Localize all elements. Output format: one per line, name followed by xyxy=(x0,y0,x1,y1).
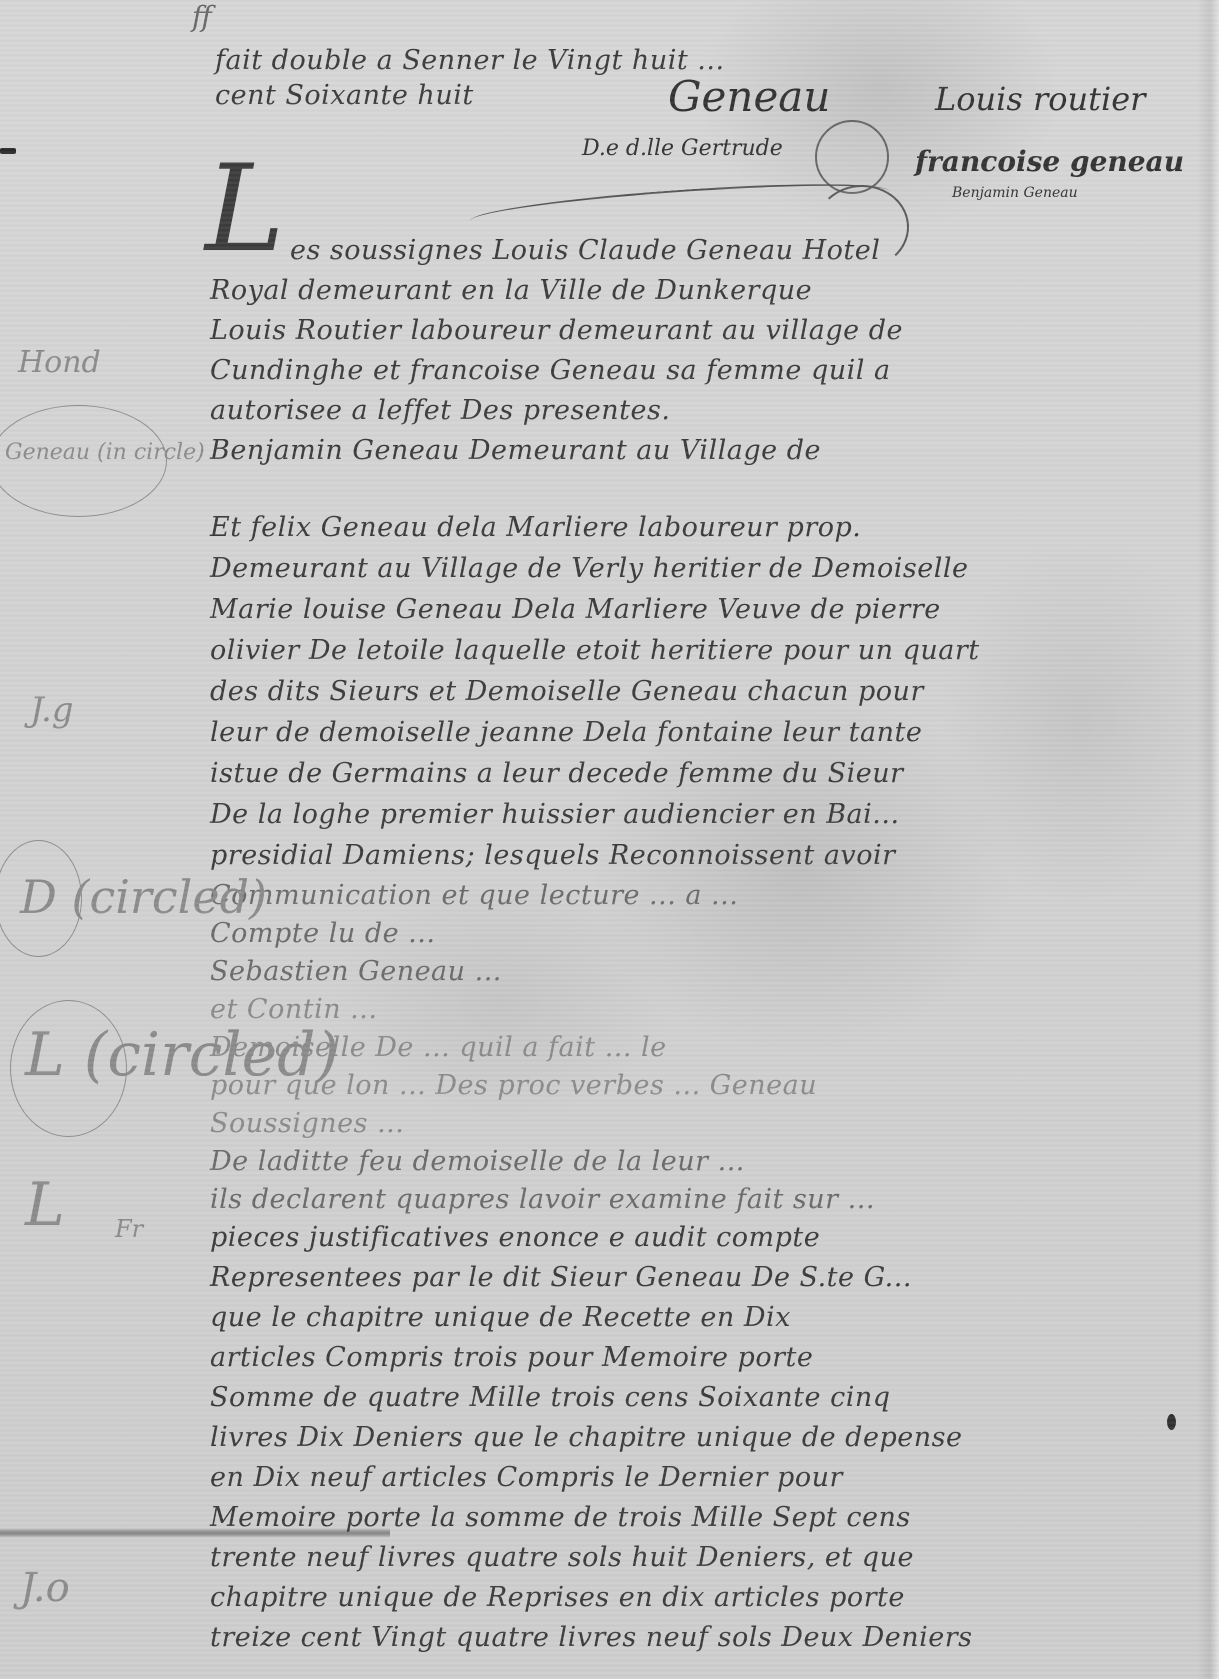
body-line: leur de demoiselle jeanne Dela fontaine … xyxy=(210,717,922,748)
signature-gertrude: D.e d.lle Gertrude xyxy=(582,136,783,161)
closing-line-2: cent Soixante huit xyxy=(215,80,474,111)
margin-note: Hond xyxy=(18,345,101,380)
margin-note: J.g xyxy=(30,690,74,730)
page-edge xyxy=(1197,0,1219,1679)
signature-paraph xyxy=(815,120,889,194)
body-line: Representees par le dit Sieur Geneau De … xyxy=(210,1262,912,1293)
body-line: Et felix Geneau dela Marliere laboureur … xyxy=(210,512,861,543)
body-line: treize cent Vingt quatre livres neuf sol… xyxy=(210,1622,973,1653)
body-line: Communication et que lecture ... a ... xyxy=(210,880,738,911)
body-line: chapitre unique de Reprises en dix artic… xyxy=(210,1582,905,1613)
signature-louis-routier: Louis routier xyxy=(935,80,1145,118)
margin-note: Fr xyxy=(115,1215,143,1243)
body-line: pieces justificatives enonce e audit com… xyxy=(210,1222,820,1253)
body-line: que le chapitre unique de Recette en Dix xyxy=(210,1302,791,1333)
body-line: des dits Sieurs et Demoiselle Geneau cha… xyxy=(210,676,924,707)
body-line: livres Dix Deniers que le chapitre uniqu… xyxy=(210,1422,962,1453)
body-line: Sebastien Geneau ... xyxy=(210,956,502,987)
ink-blot xyxy=(1167,1414,1176,1430)
body-line: en Dix neuf articles Compris le Dernier … xyxy=(210,1462,843,1493)
body-line: Royal demeurant en la Ville de Dunkerque xyxy=(210,275,812,306)
manuscript-page: ff fait double a Senner le Vingt huit ..… xyxy=(0,0,1219,1679)
margin-ink-mark xyxy=(0,148,16,154)
body-line: Somme de quatre Mille trois cens Soixant… xyxy=(210,1382,891,1413)
body-line: trente neuf livres quatre sols huit Deni… xyxy=(210,1542,914,1573)
margin-note: J.o xyxy=(20,1565,70,1611)
body-line: ils declarent quapres lavoir examine fai… xyxy=(210,1184,875,1215)
body-line: articles Compris trois pour Memoire port… xyxy=(210,1342,813,1373)
body-line: presidial Damiens; lesquels Reconnoissen… xyxy=(210,840,896,871)
margin-note: D (circled) xyxy=(20,870,267,924)
drop-capital: L xyxy=(205,150,285,270)
body-line: Louis Routier laboureur demeurant au vil… xyxy=(210,315,903,346)
page-top-mark: ff xyxy=(192,0,212,33)
body-line: De laditte feu demoiselle de la leur ... xyxy=(210,1146,745,1177)
signature-francoise-geneau: francoise geneau xyxy=(915,145,1184,178)
body-line: olivier De letoile laquelle etoit heriti… xyxy=(210,635,980,666)
body-line: Marie louise Geneau Dela Marliere Veuve … xyxy=(210,594,941,625)
signature-benjamin-geneau: Benjamin Geneau xyxy=(952,185,1078,201)
closing-line-1: fait double a Senner le Vingt huit ... xyxy=(215,45,725,76)
body-line: autorisee a leffet Des presentes. xyxy=(210,395,670,426)
body-line: Cundinghe et francoise Geneau sa femme q… xyxy=(210,355,891,386)
fold-shadow xyxy=(0,1528,390,1538)
margin-note: L xyxy=(25,1170,65,1240)
body-line: De la loghe premier huissier audiencier … xyxy=(210,799,900,830)
signature-geneau: Geneau xyxy=(668,72,830,121)
margin-note: Geneau (in circle) xyxy=(5,440,205,465)
body-line: Benjamin Geneau Demeurant au Village de xyxy=(210,435,821,466)
body-line: Demeurant au Village de Verly heritier d… xyxy=(210,553,969,584)
margin-note: L (circled) xyxy=(25,1020,339,1090)
body-line: Soussignes ... xyxy=(210,1108,404,1139)
body-line: istue de Germains a leur decede femme du… xyxy=(210,758,904,789)
body-line: es soussignes Louis Claude Geneau Hotel xyxy=(290,235,880,266)
